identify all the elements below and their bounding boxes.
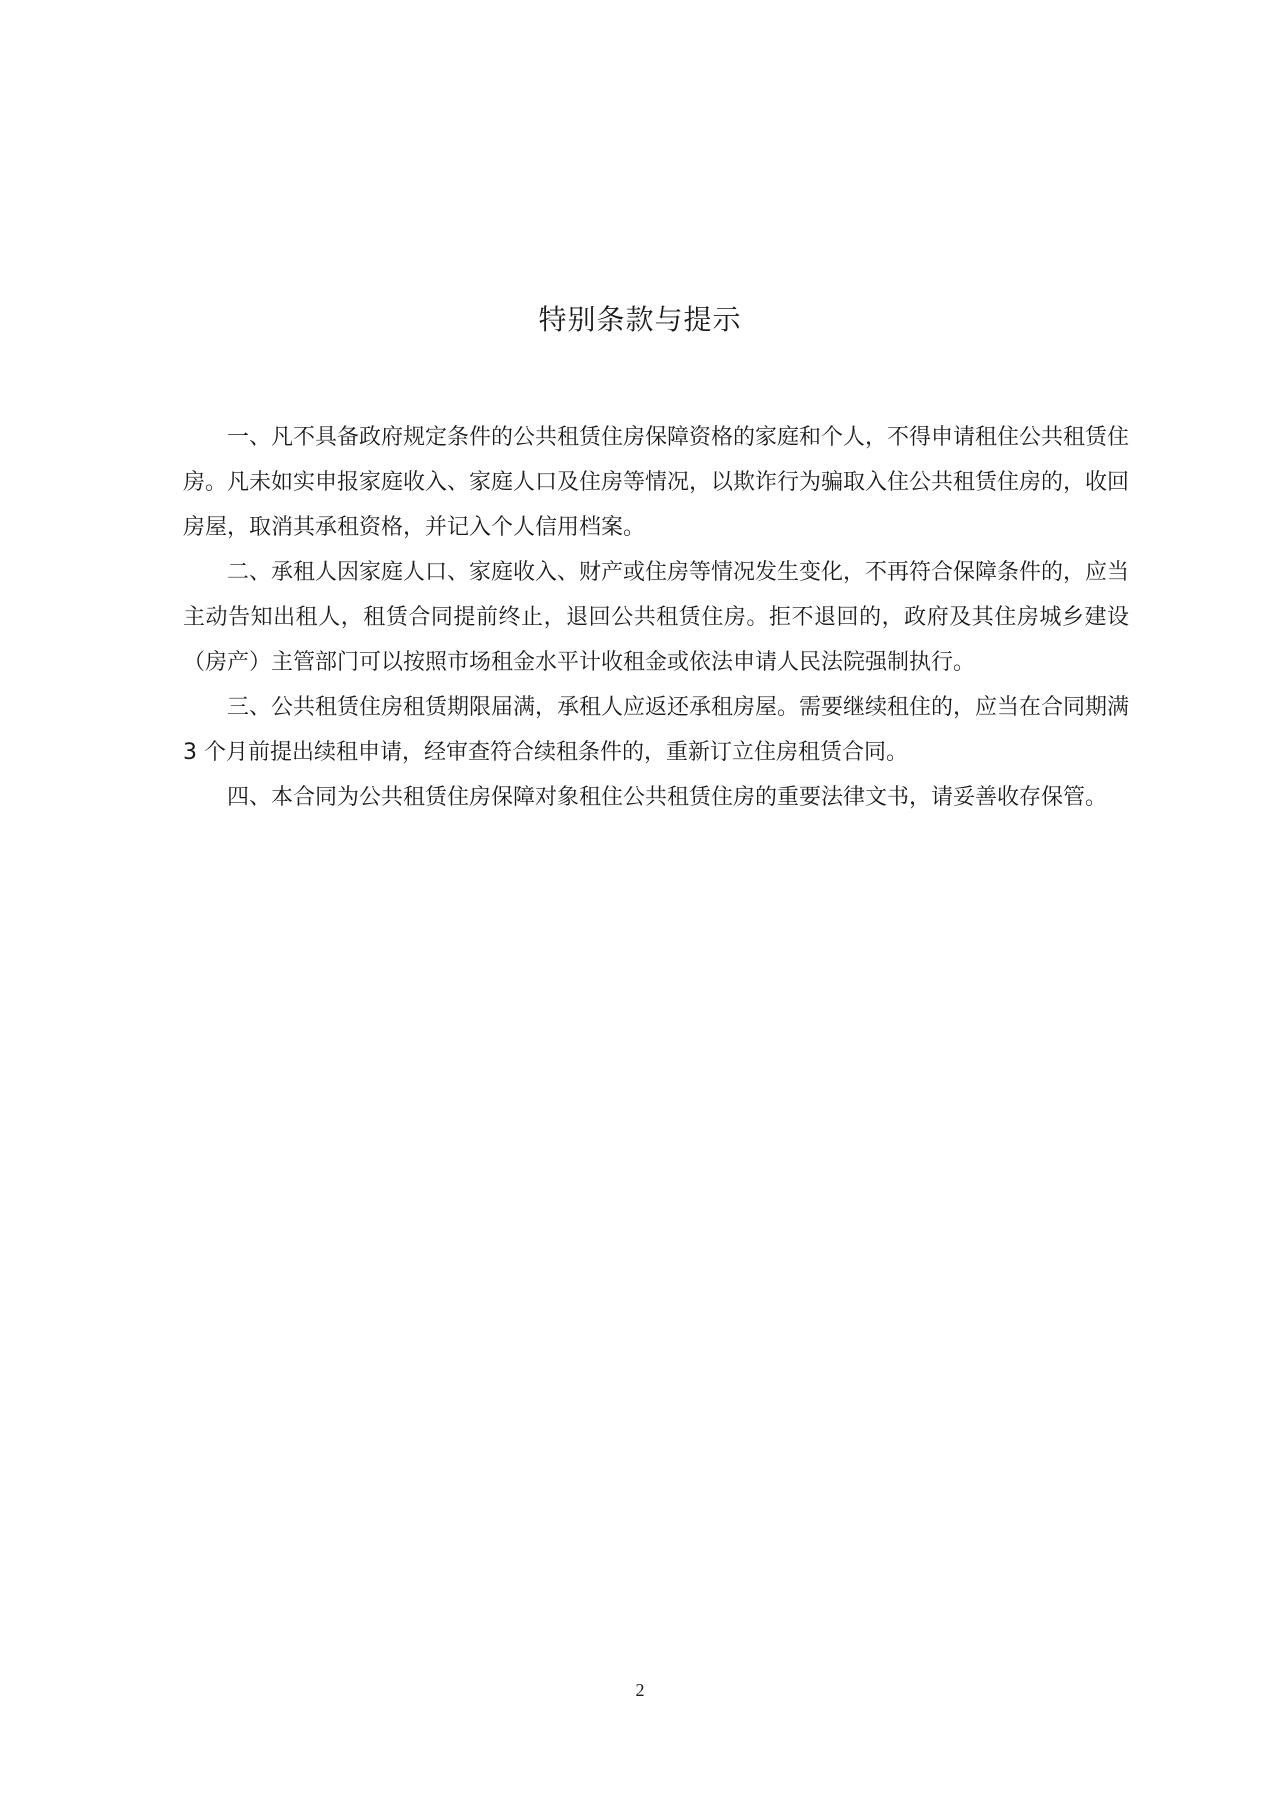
- page-title: 特别条款与提示: [0, 298, 1280, 342]
- page-number: 2: [0, 1678, 1280, 1702]
- clauses-body: 一、凡不具备政府规定条件的公共租赁住房保障资格的家庭和个人，不得申请租住公共租赁…: [183, 415, 1129, 820]
- clause-paragraph-1: 一、凡不具备政府规定条件的公共租赁住房保障资格的家庭和个人，不得申请租住公共租赁…: [183, 415, 1129, 550]
- clause-paragraph-4: 四、本合同为公共租赁住房保障对象租住公共租赁住房的重要法律文书，请妥善收存保管。: [183, 775, 1129, 820]
- document-page: 特别条款与提示 一、凡不具备政府规定条件的公共租赁住房保障资格的家庭和个人，不得…: [0, 0, 1280, 1810]
- clause-paragraph-3: 三、公共租赁住房租赁期限届满，承租人应返还承租房屋。需要继续租住的，应当在合同期…: [183, 685, 1129, 775]
- clause-paragraph-2: 二、承租人因家庭人口、家庭收入、财产或住房等情况发生变化，不再符合保障条件的，应…: [183, 550, 1129, 685]
